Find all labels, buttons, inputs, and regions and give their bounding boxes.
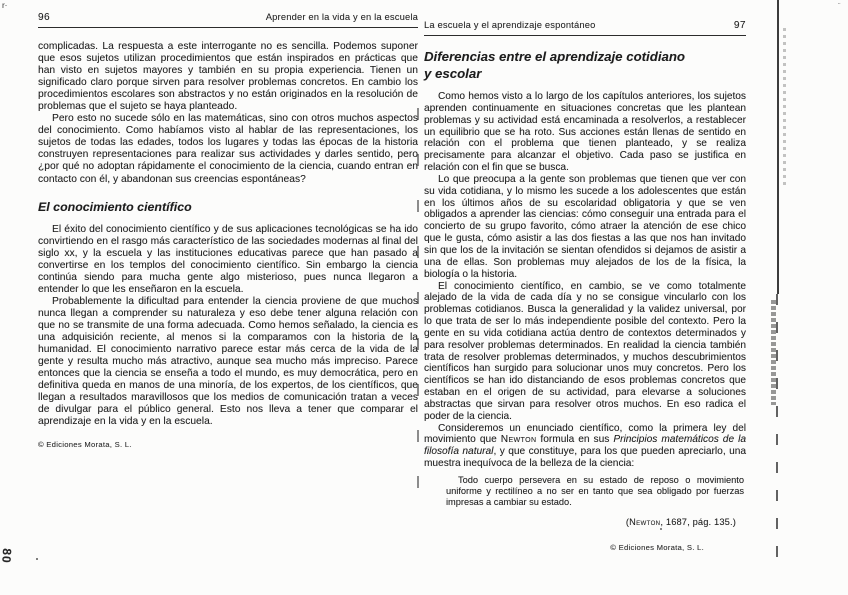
citation-text: , 1687, pág. 135.): [660, 517, 736, 527]
handwritten-page-mark: 80: [0, 548, 14, 564]
left-page-body: complicadas. La respuesta a este interro…: [38, 41, 418, 451]
left-page-number: 96: [38, 12, 50, 23]
right-page-header: La escuela y el aprendizaje espontáneo 9…: [424, 20, 746, 36]
scan-corner-mark: r·: [2, 1, 7, 10]
paragraph: Consideremos un enunciado científico, co…: [424, 423, 746, 470]
block-quote: Todo cuerpo persevera en su estado de re…: [424, 475, 746, 508]
margin-scrawl-artifact: [771, 300, 776, 405]
paragraph: El éxito del conocimiento científico y d…: [38, 224, 418, 296]
scan-noise-dot: [36, 558, 38, 560]
right-page: La escuela y el aprendizaje espontáneo 9…: [424, 20, 746, 554]
paragraph: Como hemos visto a lo largo de los capít…: [424, 91, 746, 174]
right-page-body: Diferencias entre el aprendizaje cotidia…: [424, 49, 746, 554]
left-page: 96 Aprender en la vida y en la escuela c…: [38, 12, 418, 451]
scan-noise-dots: ¨: [838, 3, 841, 10]
right-page-footer: © Ediciones Morata, S. L.: [424, 542, 746, 554]
citation: (Newton, 1687, pág. 135.): [424, 517, 746, 529]
section-heading: Diferencias entre el aprendizaje cotidia…: [424, 49, 746, 82]
paragraph: complicadas. La respuesta a este interro…: [38, 41, 418, 113]
left-page-footer: © Ediciones Morata, S. L.: [38, 439, 418, 451]
paragraph-text: formula en sus: [536, 434, 613, 445]
section-heading-line2: y escolar: [424, 66, 481, 81]
paragraph: Pero esto no sucede sólo en las matemáti…: [38, 113, 418, 185]
paragraph: Probablemente la dificultad para entende…: [38, 296, 418, 429]
section-heading-line1: Diferencias entre el aprendizaje cotidia…: [424, 49, 685, 64]
section-heading: El conocimiento científico: [38, 201, 418, 213]
page-edge-line: [777, 0, 779, 294]
margin-scrawl-artifact: [783, 28, 786, 188]
left-page-header: 96 Aprender en la vida y en la escuela: [38, 12, 418, 28]
page-edge-line-dashed: [776, 294, 778, 564]
paragraph: Lo que preocupa a la gente son problemas…: [424, 174, 746, 281]
right-running-head: La escuela y el aprendizaje espontáneo: [424, 20, 595, 30]
left-running-head: Aprender en la vida y en la escuela: [266, 12, 418, 22]
author-smallcaps: Newton: [501, 434, 537, 445]
right-page-number: 97: [734, 20, 746, 31]
author-smallcaps: Newton: [629, 517, 660, 527]
paragraph: El conocimiento científico, en cambio, s…: [424, 281, 746, 423]
